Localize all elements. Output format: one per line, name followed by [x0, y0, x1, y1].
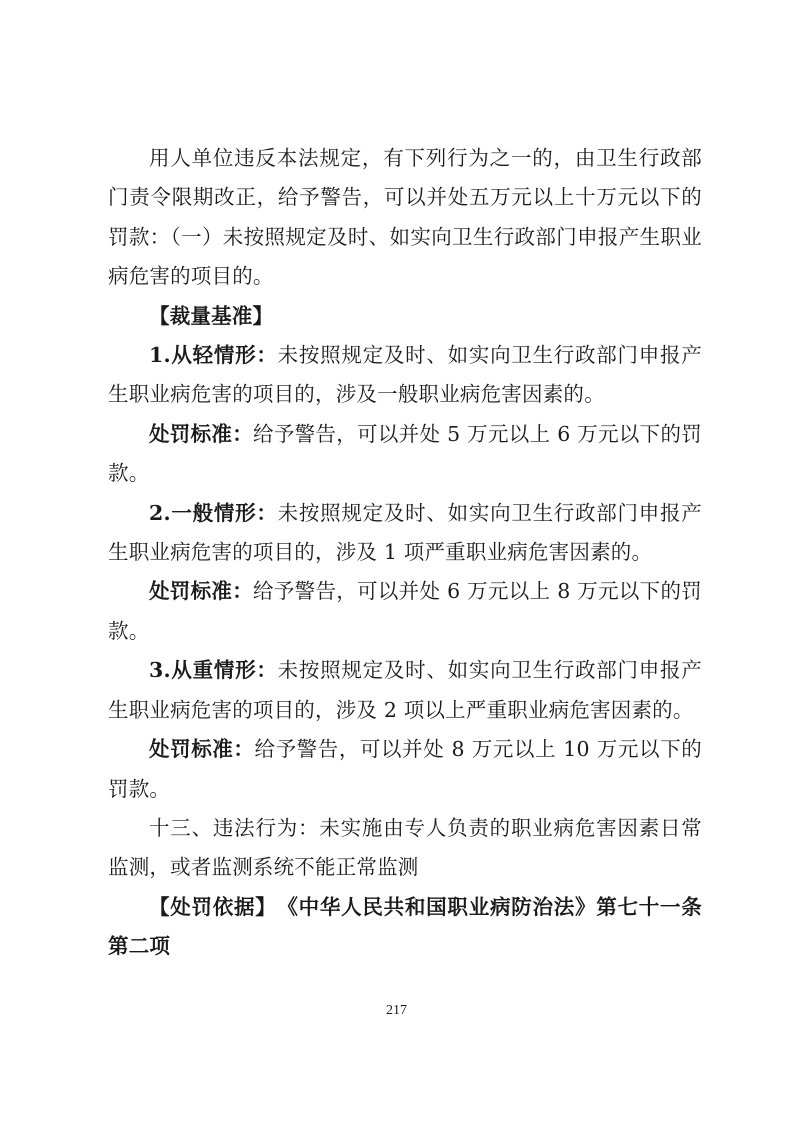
case2-paragraph: 2.一般情形：未按照规定及时、如实向卫生行政部门申报产生职业病危害的项目的，涉及…: [108, 494, 702, 573]
case2-label: 2.一般情形：: [149, 501, 278, 525]
case2-penalty-label: 处罚标准：: [149, 579, 253, 603]
penalty-basis-paragraph: 【处罚依据】 《中华人民共和国职业病防治法》第七十一条第二项: [108, 888, 702, 967]
document-page: 用人单位违反本法规定，有下列行为之一的，由卫生行政部门责令限期改正，给予警告，可…: [108, 139, 702, 967]
case1-paragraph: 1.从轻情形：未按照规定及时、如实向卫生行政部门申报产生职业病危害的项目的，涉及…: [108, 336, 702, 415]
page-number: 217: [0, 1003, 793, 1019]
standard-heading: 【裁量基准】: [108, 297, 702, 336]
case2-penalty: 处罚标准：给予警告，可以并处 6 万元以上 8 万元以下的罚款。: [108, 572, 702, 651]
penalty-basis-label: 【处罚依据】: [149, 895, 266, 919]
case1-penalty-label: 处罚标准：: [149, 422, 253, 446]
case1-label: 1.从轻情形：: [149, 343, 278, 367]
case3-label: 3.从重情形：: [149, 658, 278, 682]
case3-paragraph: 3.从重情形：未按照规定及时、如实向卫生行政部门申报产生职业病危害的项目的，涉及…: [108, 651, 702, 730]
intro-paragraph: 用人单位违反本法规定，有下列行为之一的，由卫生行政部门责令限期改正，给予警告，可…: [108, 139, 702, 297]
violation-13-paragraph: 十三、违法行为：未实施由专人负责的职业病危害因素日常监测，或者监测系统不能正常监…: [108, 809, 702, 888]
case1-penalty: 处罚标准：给予警告，可以并处 5 万元以上 6 万元以下的罚款。: [108, 415, 702, 494]
case3-penalty: 处罚标准：给予警告，可以并处 8 万元以上 10 万元以下的罚款。: [108, 730, 702, 809]
case3-penalty-label: 处罚标准：: [149, 737, 254, 761]
